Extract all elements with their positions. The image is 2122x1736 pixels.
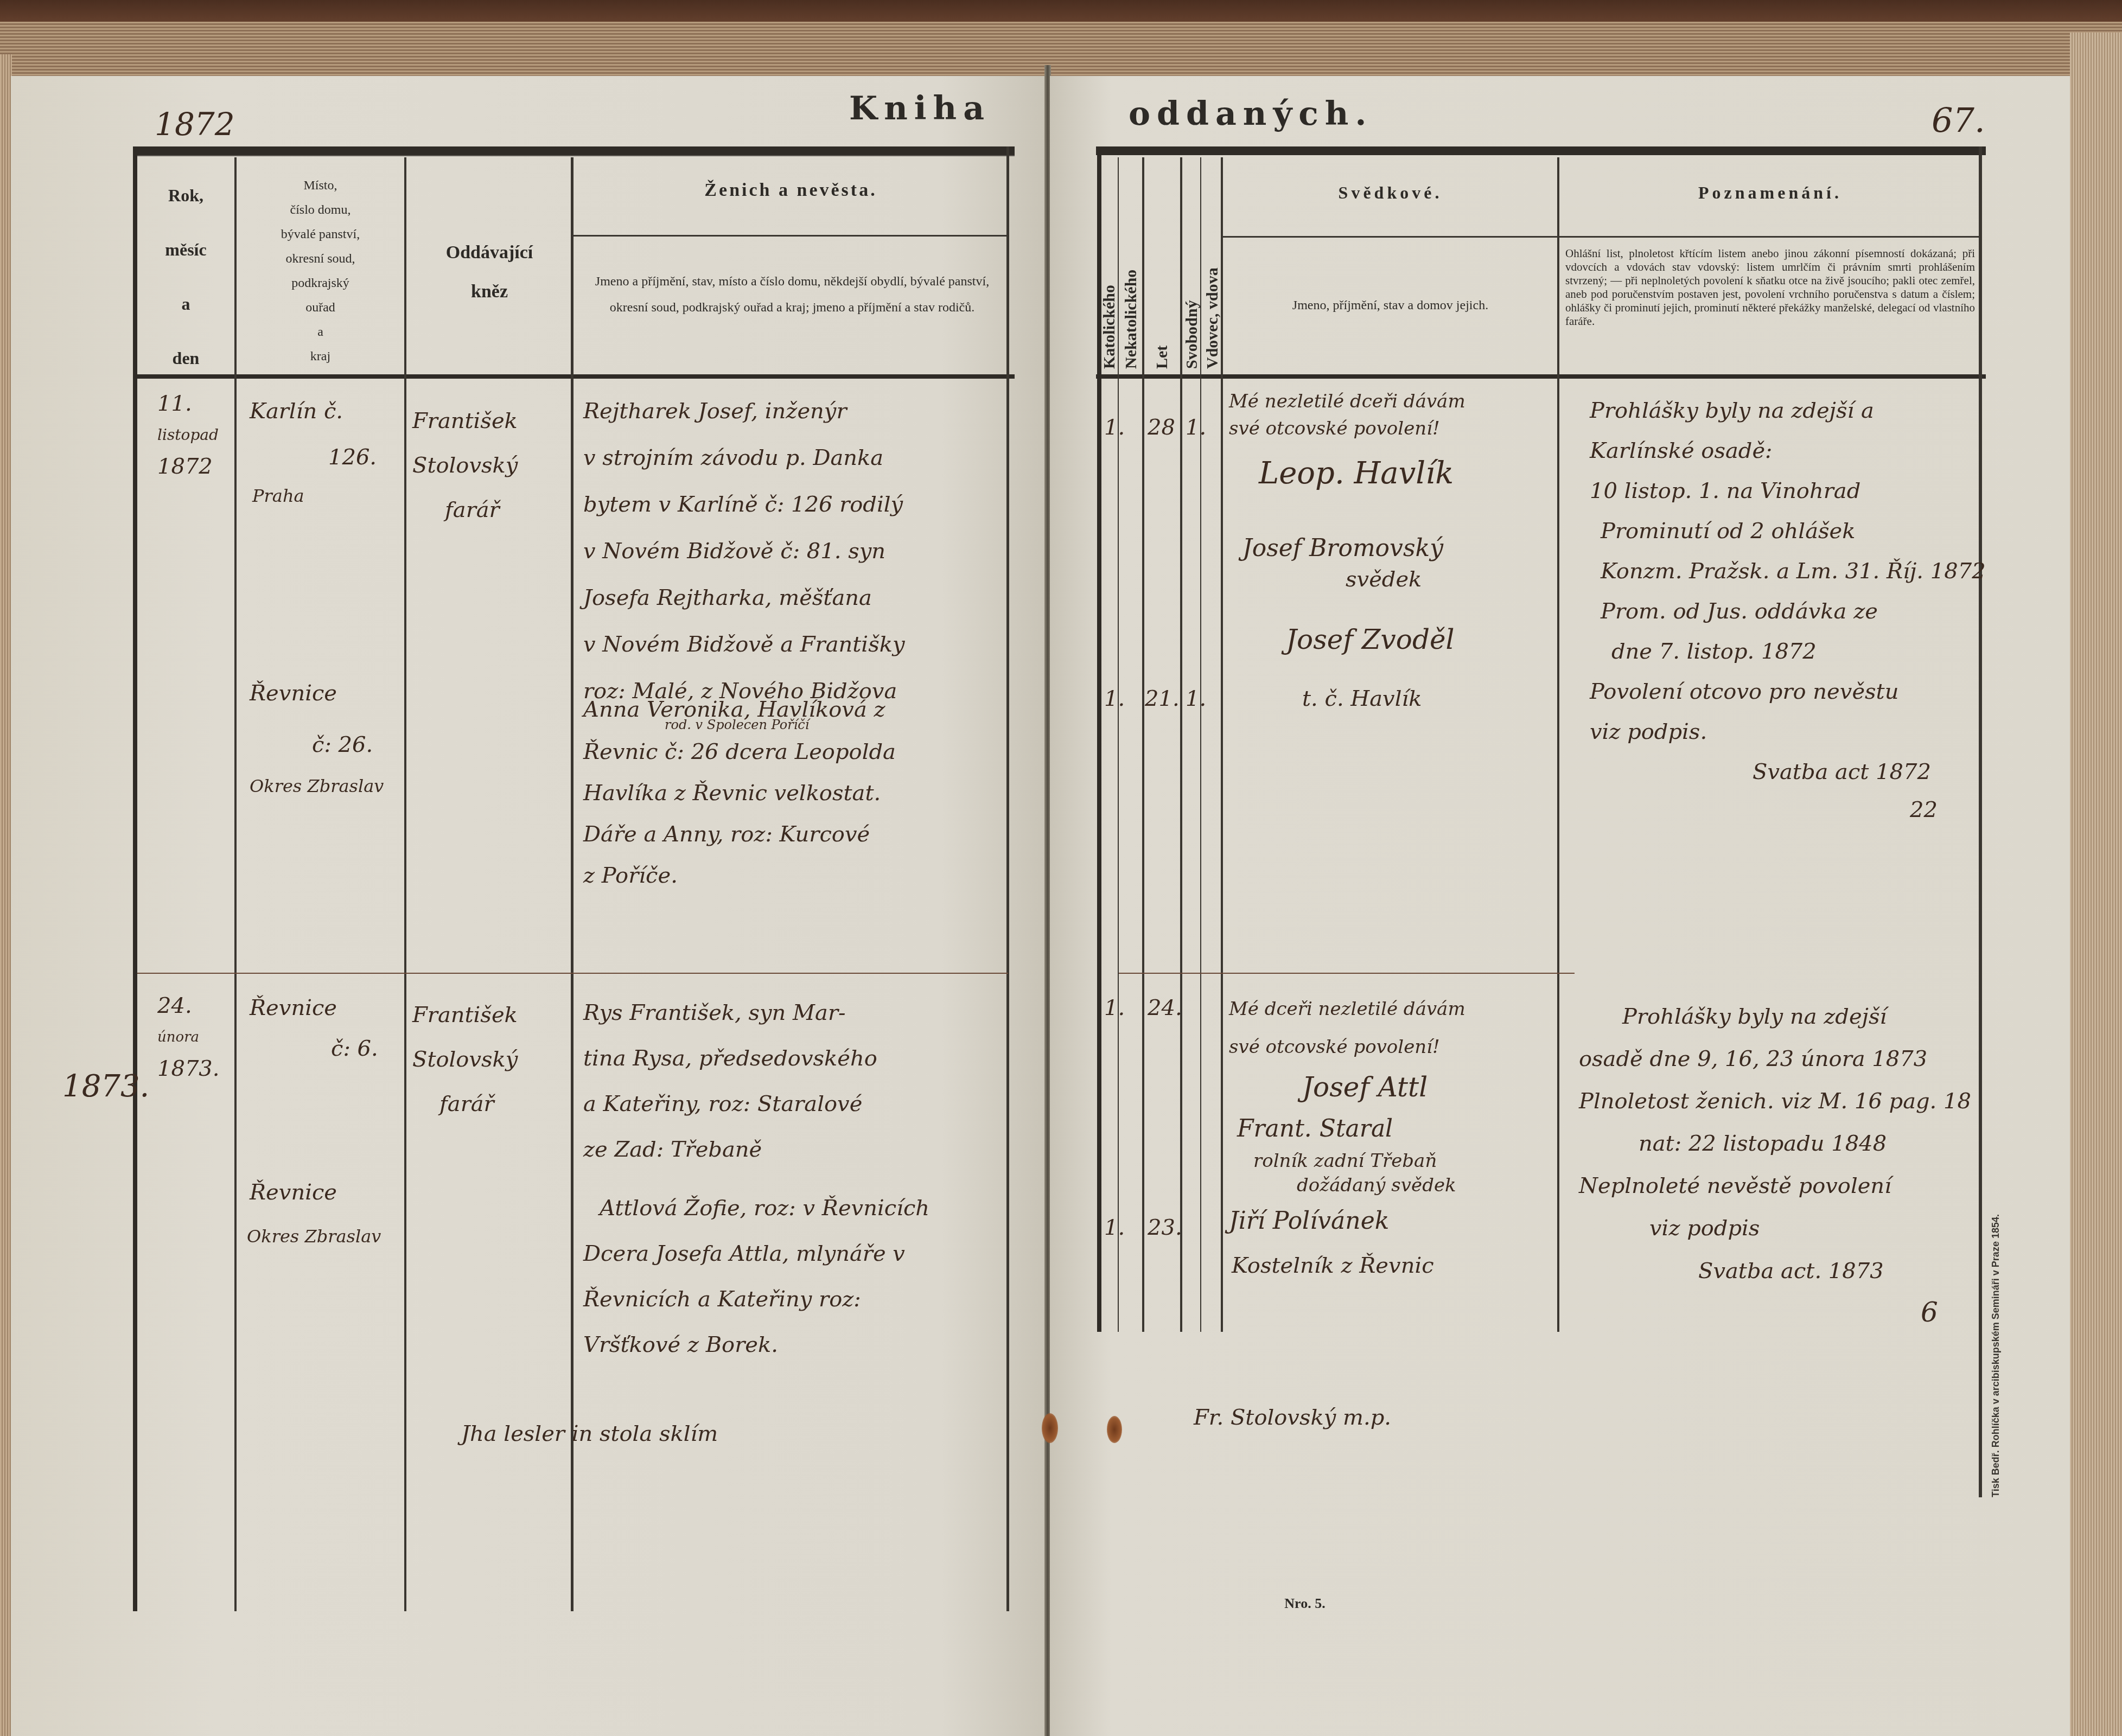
entry1-witness-signature-1: Leop. Havlík [1259,456,1454,491]
col-vdovec-header: Vdovec, vdova [1203,250,1222,369]
col-date-header-line: měsíc [138,222,233,277]
right-subheader-rule [1223,236,1980,238]
entry2-groom-line: ze Zad: Třebaně [583,1127,877,1172]
col-place-header-line: kraj [238,344,403,369]
col-place-header-line: podkrajský [238,271,403,296]
entry2-witness-occupation: rolník zadní Třebaň [1253,1150,1437,1172]
entry1-day: 11. [157,388,219,419]
entry1-remark-line: Povolení otcovo pro nevěstu [1590,672,1986,712]
col-date-header-line: a [138,277,233,331]
entry2-witness-signature-3: Jiří Polívánek [1229,1207,1389,1235]
col-place-header-line: ouřad [238,296,403,320]
col-priest-header-line: Oddávající [408,233,571,272]
entry1-bride-line: Dáře a Anny, roz: Kurcové [583,814,896,855]
entry1-groom-place: Karlín č. [250,399,343,424]
col-remarks-subtitle: Ohlášní list, plnoletost křtícím listem … [1565,247,1975,328]
groom-bride-subheader-rule [573,235,1008,237]
entry1-witness-signature-2: Josef Bromovský [1242,534,1443,562]
entry1-date: 11. listopad 1872 [157,388,219,482]
left-table-left-border [133,146,137,1611]
right-table-top-rule [1096,146,1986,155]
col-place-header-line: bývalé panství, [238,222,403,247]
entry1-month: listopad [157,419,219,451]
page-edges-left [0,54,12,1736]
col-witnesses-title: Svědkové. [1226,182,1554,203]
entry1-groom-line: Josefa Rejtharka, měšťana [583,575,905,621]
entry2-bride-text: Attlová Žofie, roz: v Řevnicích Dcera Jo… [583,1185,929,1368]
entry1-bride-place: Řevnice [250,681,337,706]
left-table-top-rule-2 [133,155,1015,156]
entry2-witness-consent: Mé dceři nezletilé dávám [1229,998,1465,1020]
col-katolicky-header: Katolického [1100,271,1119,369]
entry1-remarks: Prohlášky byly na zdejší a Karlínské osa… [1590,391,1986,752]
right-table-right-border [1979,146,1982,1497]
ink-stain [1042,1413,1058,1443]
entry2-bride-place: Řevnice [250,1180,337,1205]
entry1-witness-consent-2: své otcovské povolení! [1229,418,1440,439]
col-place-header-line: a [238,320,403,344]
entry1-groom-line: v Novém Bidžově a Františky [583,621,905,668]
left-table-top-rule [133,146,1015,155]
col-date-header: Rok, měsíc a den [138,168,233,385]
entry2-priest-surname: Stolovský [412,1037,518,1082]
entry2-date: 24. února 1873. [157,990,220,1084]
entry2-remark-line: Prohlášky byly na zdejší [1579,995,1971,1038]
page-edges-right [2070,33,2122,1736]
entry1-remark-line: Prohlášky byly na zdejší a [1590,391,1986,431]
entry1-groom-line: v Novém Bidžově č: 81. syn [583,528,905,575]
left-footer-signature: Jha lesler in stola sklím [461,1421,718,1446]
col-svobodny-header: Svobodný [1183,288,1201,369]
entry1-bride-catholic: 1. [1104,686,1125,711]
entry1-priest: František Stolovský farář [412,399,518,532]
entry2-groom-house: č: 6. [331,1036,378,1061]
col-groom-bride-title: Ženich a nevěsta. [575,179,1006,202]
entry2-groom-line: a Kateřiny, roz: Staralové [583,1081,877,1127]
entry1-groom-catholic: 1. [1104,415,1125,440]
entry1-groom-house: 126. [328,445,377,470]
entry1-remark-line: viz podpis. [1590,712,1986,752]
page-number: 67. [1932,100,1985,140]
entry2-priest: František Stolovský farář [412,993,518,1126]
entry1-bride-single: 1. [1186,686,1206,711]
col-priest-header-line: kněz [408,272,571,311]
left-col-divider-3 [571,157,573,1611]
entry2-remark-line: Plnoletost ženich. viz M. 16 pag. 18 [1579,1080,1971,1122]
entry1-bride-house: č: 26. [312,732,373,757]
entry1-witness-signature-4: t. č. Havlík [1302,686,1422,711]
entry2-margin-year: 1873. [62,1069,149,1104]
entry2-witness-signature-2: Frant. Staral [1237,1115,1393,1143]
entry1-groom-single: 1. [1186,415,1206,440]
entry2-year: 1873. [157,1053,220,1084]
entry1-priest-title: farář [412,488,518,532]
entry1-year: 1872 [157,451,219,482]
entry2-bride-line: Řevnicích a Kateřiny roz: [583,1277,929,1322]
entry2-bride-catholic: 1. [1104,1215,1125,1240]
entry-separator-left [137,973,1008,974]
col-witnesses-subtitle: Jmeno, příjmění, stav a domov jejich. [1226,297,1554,314]
entry2-remark-line: Neplnoleté nevěstě povolení [1579,1165,1971,1207]
entry2-bride-district: Okres Zbraslav [247,1226,381,1247]
entry1-witness-signature-3: Josef Zvoděl [1286,624,1454,655]
entry1-remark-line: dne 7. listop. 1872 [1590,631,1986,672]
entry2-bride-line: Attlová Žofie, roz: v Řevnicích [583,1185,929,1231]
entry1-groom-line: bytem v Karlíně č: 126 rodilý [583,481,905,528]
col-divider-witnesses [1557,157,1559,1332]
left-col-divider-1 [234,157,237,1611]
col-remarks-title: Poznamenání. [1563,182,1978,203]
left-header-bottom-rule [133,374,1015,379]
entry2-bride-line: Dcera Josefa Attla, mlynáře v [583,1231,929,1277]
col-priest-header: Oddávající kněz [408,233,571,311]
entry1-groom-age: 28 [1148,415,1175,440]
form-number: Nro. 5. [1264,1595,1346,1613]
col-divider-nekatolicky [1142,157,1144,1332]
col-groom-bride-subtitle: Jmeno a příjmění, stav, místo a číslo do… [591,269,993,321]
col-place-header: Místo, číslo domu, bývalé panství, okres… [238,174,403,369]
col-place-header-line: číslo domu, [238,198,403,222]
col-nekatolicky-header: Nekatolického [1122,250,1140,369]
entry1-groom-text: Rejtharek Josef, inženýr v strojním závo… [583,388,905,714]
entry2-witness-signature-3-title: Kostelník z Řevnic [1232,1253,1434,1278]
entry2-remark-line: nat: 22 listopadu 1848 [1579,1122,1971,1165]
entry2-priest-name: František [412,993,518,1037]
title-right: oddaných. [1129,95,1373,133]
entry1-groom-city: Praha [252,486,304,506]
entry1-witness-consent: Mé nezletilé dceři dávám [1229,391,1465,412]
printer-imprint: Tisk Bedř. Rohlíčka v arcibiskupském Sem… [1990,1291,2002,1497]
entry1-groom-line: Rejtharek Josef, inženýr [583,388,905,435]
entry1-remark-line: 10 listop. 1. na Vinohrad [1590,471,1986,511]
entry2-remark-line: viz podpis [1579,1207,1971,1249]
entry1-bride-district: Okres Zbraslav [250,776,384,796]
left-col-divider-2 [404,157,406,1611]
col-place-header-line: okresní soud, [238,247,403,271]
entry2-month: února [157,1022,220,1053]
entry2-bride-line: Vršťkové z Borek. [583,1322,929,1368]
entry1-wedding-act: Svatba act 1872 [1753,759,1931,784]
left-table-right-border [1006,146,1009,1611]
entry1-bride-text: Anna Veronika, Havlíková z rod. v Spolec… [583,689,896,896]
entry1-remark-line: Prominutí od 2 ohlášek [1590,511,1986,551]
entry2-record-number: 6 [1921,1297,1938,1328]
entry2-witness-label: dožádaný svědek [1297,1175,1456,1196]
entry1-bride-line: Řevnic č: 26 dcera Leopolda [583,731,896,773]
entry1-remark-line: Karlínské osadě: [1590,431,1986,471]
entry1-bride-line: z Poříče. [583,855,896,896]
entry2-groom-line: tina Rysa, předsedovského [583,1036,877,1081]
right-header-bottom-rule [1096,374,1986,379]
entry1-groom-line: v strojním závodu p. Danka [583,435,905,481]
entry2-remarks: Prohlášky byly na zdejší osadě dne 9, 16… [1579,995,1971,1249]
entry2-groom-place: Řevnice [250,995,337,1020]
entry1-priest-surname: Stolovský [412,443,518,488]
title-left: Kniha [849,90,991,127]
entry2-witness-consent-2: své otcovské povolení! [1229,1036,1440,1058]
col-date-header-line: den [138,331,233,385]
entry1-priest-name: František [412,399,518,443]
entry1-remark-line: Prom. od Jus. oddávka ze [1590,591,1986,631]
entry2-day: 24. [157,990,220,1022]
entry2-groom-catholic: 1. [1104,995,1125,1020]
entry2-witness-signature-1: Josef Attl [1302,1071,1428,1103]
entry2-groom-text: Rys František, syn Mar- tina Rysa, předs… [583,990,877,1172]
entry2-remark-line: osadě dne 9, 16, 23 února 1873 [1579,1038,1971,1080]
entry1-record-number: 22 [1910,797,1938,822]
entry2-priest-title: farář [412,1082,518,1126]
entry1-bride-age: 21. [1145,686,1180,711]
entry2-wedding-act: Svatba act. 1873 [1698,1259,1884,1284]
col-place-header-line: Místo, [238,174,403,198]
ink-stain-right [1107,1416,1122,1443]
entry2-bride-age: 23. [1148,1215,1182,1240]
year-left-header: 1872 [155,106,235,143]
col-divider-let [1180,157,1182,1332]
entry1-bride-line: Havlíka z Řevnic velkostat. [583,773,896,814]
col-let-header: Let [1153,325,1171,369]
entry2-groom-line: Rys František, syn Mar- [583,990,877,1036]
entry2-groom-age: 24. [1148,995,1182,1020]
entry-separator-right [1119,973,1575,974]
right-footer-signature: Fr. Stolovský m.p. [1194,1405,1391,1430]
entry1-remark-line: Konzm. Pražsk. a Lm. 31. Říj. 1872 [1590,551,1986,591]
entry1-witness-label: svědek [1346,567,1422,592]
col-date-header-line: Rok, [138,168,233,222]
